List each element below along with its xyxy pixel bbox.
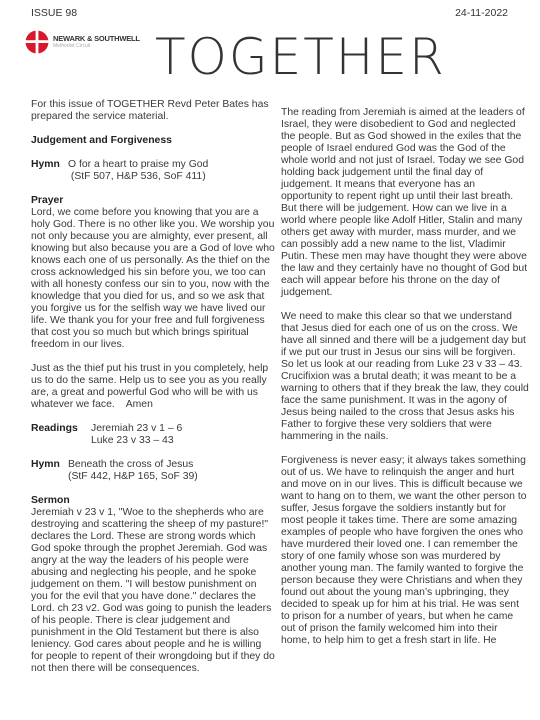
hymn-label: Hymn [31,459,68,483]
sermon-paragraph: Forgiveness is never easy; it always tak… [281,455,529,647]
hymn-title: Beneath the cross of Jesus [68,459,193,470]
prayer-para-1: Lord, we come before you knowing that yo… [31,207,275,350]
issue-date: 24-11-2022 [455,7,508,19]
red-circle-white-cross-icon [25,30,49,54]
sermon-section: Sermon Jeremiah v 23 v 1, "Woe to the sh… [31,495,276,675]
reading-2: Luke 23 v 33 – 43 [91,435,174,446]
hymn-title: O for a heart to praise my God [68,159,208,170]
logo-subtitle: Methodist Circuit [53,44,140,49]
sermon-paragraph: We need to make this clear so that we un… [281,311,529,443]
hymn-label: Hymn [31,159,68,183]
hymn-1: Hymn O for a heart to praise my God (StF… [31,159,276,183]
circuit-logo: NEWARK & SOUTHWELL Methodist Circuit [25,30,140,54]
hymn-refs: (StF 507, H&P 536, SoF 411) [71,171,206,182]
readings-label: Readings [31,423,91,447]
sermon-heading: Sermon [31,495,276,507]
right-column: The reading from Jeremiah is aimed at th… [281,107,529,659]
intro-text: For this issue of TOGETHER Revd Peter Ba… [31,99,276,123]
hymn-2: Hymn Beneath the cross of Jesus (StF 442… [31,459,276,483]
readings: Readings Jeremiah 23 v 1 – 6 Luke 23 v 3… [31,423,276,447]
sermon-para-1: Jeremiah v 23 v 1, "Woe to the shepherds… [31,507,275,674]
reading-1: Jeremiah 23 v 1 – 6 [91,423,182,434]
logo-name: NEWARK & SOUTHWELL [53,35,140,43]
prayer-heading: Prayer [31,195,276,207]
prayer-section: Prayer Lord, we come before you knowing … [31,195,276,351]
sermon-paragraph: The reading from Jeremiah is aimed at th… [281,107,529,299]
prayer-para-2: Just as the thief put his trust in you c… [31,363,276,411]
newsletter-title: TOGETHER [155,30,446,84]
hymn-refs: (StF 442, H&P 165, SoF 39) [68,471,198,482]
left-column: For this issue of TOGETHER Revd Peter Ba… [31,99,276,687]
issue-number: ISSUE 98 [31,7,77,19]
service-theme: Judgement and Forgiveness [31,135,276,147]
